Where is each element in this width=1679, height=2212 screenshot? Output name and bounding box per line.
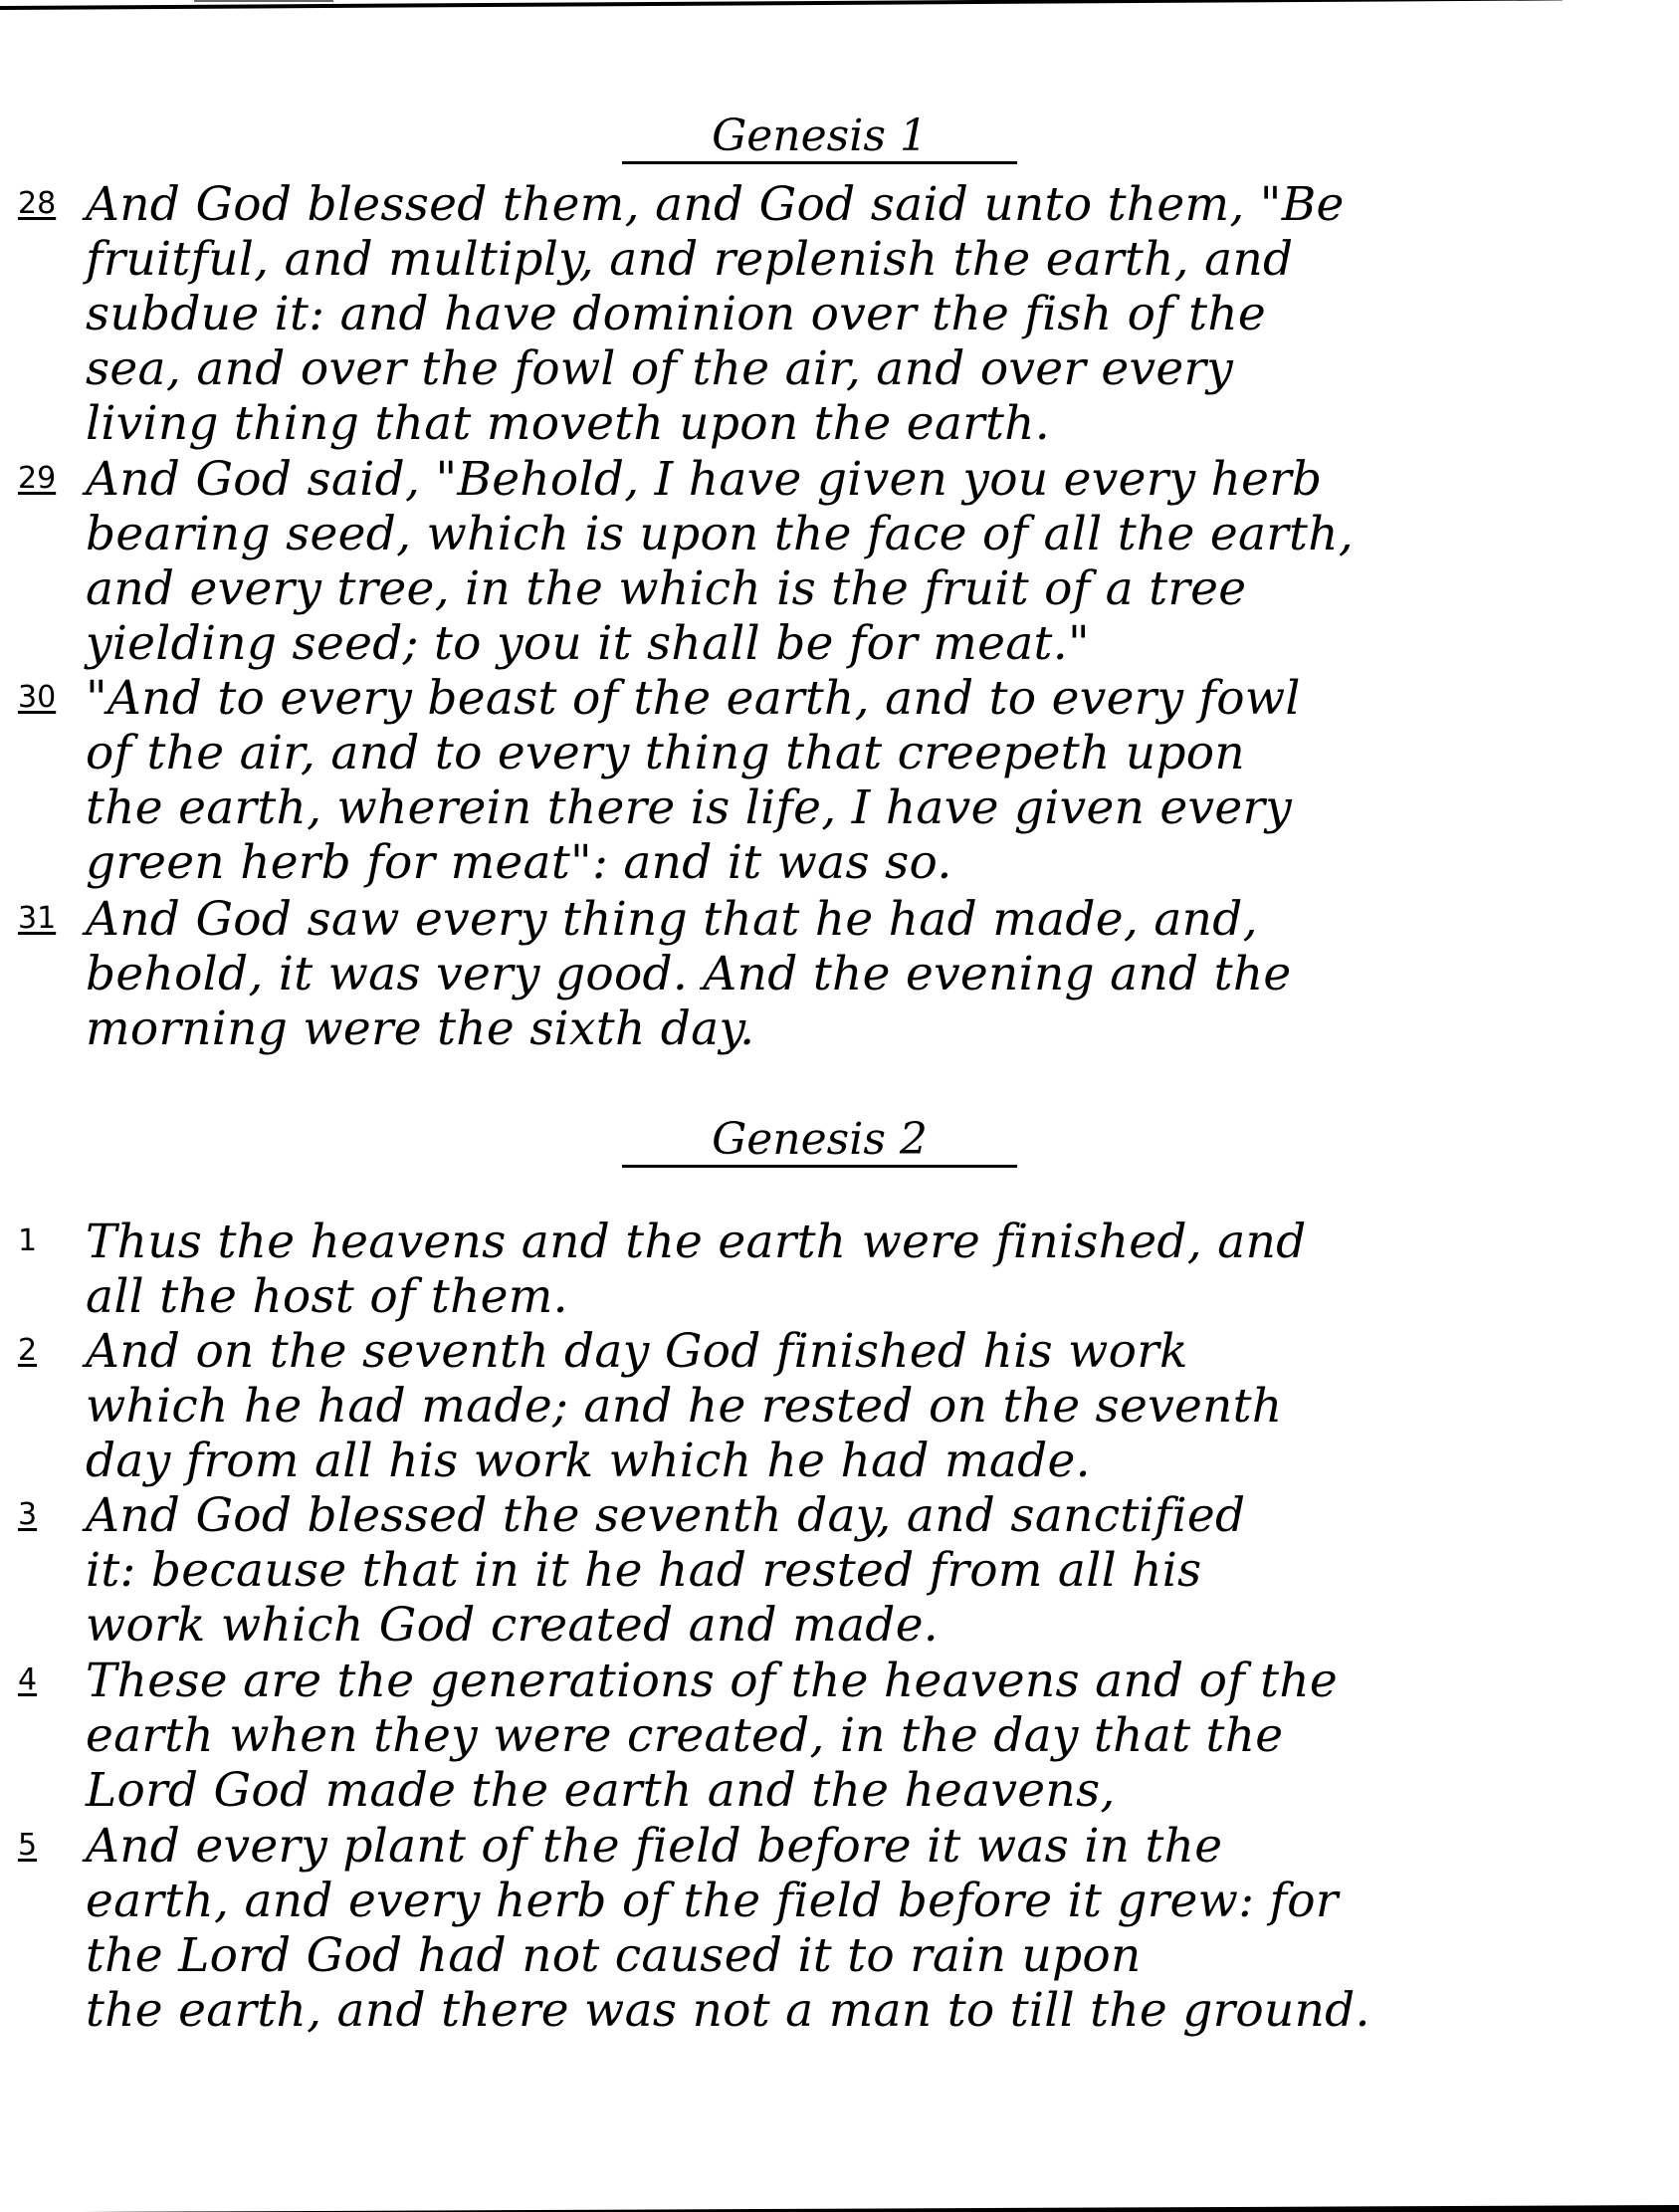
- verse-line: the Lord God had not caused it to rain u…: [86, 1928, 1142, 1984]
- verse-line: And on the seventh day God finished his …: [86, 1324, 1188, 1380]
- verse-line: the earth, and there was not a man to ti…: [86, 1983, 1370, 2039]
- section-heading-genesis-2: Genesis 2: [0, 1115, 1659, 1168]
- verse-number: 29: [18, 454, 76, 504]
- verse-line: work which God created and made.: [86, 1598, 939, 1654]
- verse-line: green herb for meat": and it was so.: [86, 835, 952, 891]
- verse-line: "And to every beast of the earth, and to…: [86, 671, 1301, 727]
- verse-number: 4: [18, 1656, 76, 1705]
- handwritten-page: Genesis 1 28 And God blessed them, and G…: [0, 0, 1679, 2212]
- verse-line: And God said, "Behold, I have given you …: [86, 452, 1322, 508]
- verse-line: And God blessed the seventh day, and san…: [86, 1488, 1245, 1544]
- verse-line: and every tree, in the which is the frui…: [86, 561, 1246, 617]
- section-heading-genesis-1: Genesis 1: [0, 111, 1659, 164]
- verse-line: morning were the sixth day.: [86, 1001, 754, 1057]
- verse-number: 30: [18, 673, 76, 723]
- verse-line: which he had made; and he rested on the …: [86, 1379, 1282, 1435]
- verse-line: And every plant of the field before it w…: [86, 1819, 1222, 1875]
- verse-line: earth when they were created, in the day…: [86, 1708, 1283, 1764]
- verse-number: 1: [18, 1217, 76, 1266]
- verse-line: subdue it: and have dominion over the fi…: [86, 287, 1266, 342]
- verse-line: And God blessed them, and God said unto …: [86, 177, 1345, 233]
- verse-line: And God saw every thing that he had made…: [86, 892, 1258, 948]
- verse-line: Lord God made the earth and the heavens,: [86, 1763, 1116, 1819]
- verse-line: earth, and every herb of the field befor…: [86, 1874, 1339, 1929]
- verse-line: it: because that in it he had rested fro…: [86, 1543, 1201, 1599]
- verse-number: 3: [18, 1490, 76, 1540]
- verse-number: 28: [18, 179, 76, 229]
- verse-line: bearing seed, which is upon the face of …: [86, 507, 1354, 562]
- verse-line: all the host of them.: [86, 1269, 568, 1325]
- verse-number: 31: [18, 894, 76, 944]
- verse-line: fruitful, and multiply, and replenish th…: [86, 232, 1293, 288]
- verse-line: living thing that moveth upon the earth.: [86, 396, 1050, 452]
- section-heading-text: Genesis 1: [622, 111, 1017, 164]
- verse-line: day from all his work which he had made.: [86, 1434, 1091, 1489]
- verse-number: 2: [18, 1326, 76, 1376]
- section-heading-text: Genesis 2: [622, 1115, 1017, 1168]
- verse-number: 5: [18, 1821, 76, 1871]
- verse-line: yielding seed; to you it shall be for me…: [86, 616, 1090, 672]
- verse-line: behold, it was very good. And the evenin…: [86, 947, 1292, 1002]
- verse-line: Thus the heavens and the earth were fini…: [86, 1215, 1307, 1270]
- verse-line: the earth, wherein there is life, I have…: [86, 780, 1292, 836]
- verse-line: sea, and over the fowl of the air, and o…: [86, 341, 1233, 397]
- verse-line: of the air, and to every thing that cree…: [86, 726, 1245, 781]
- verse-line: These are the generations of the heavens…: [86, 1654, 1338, 1709]
